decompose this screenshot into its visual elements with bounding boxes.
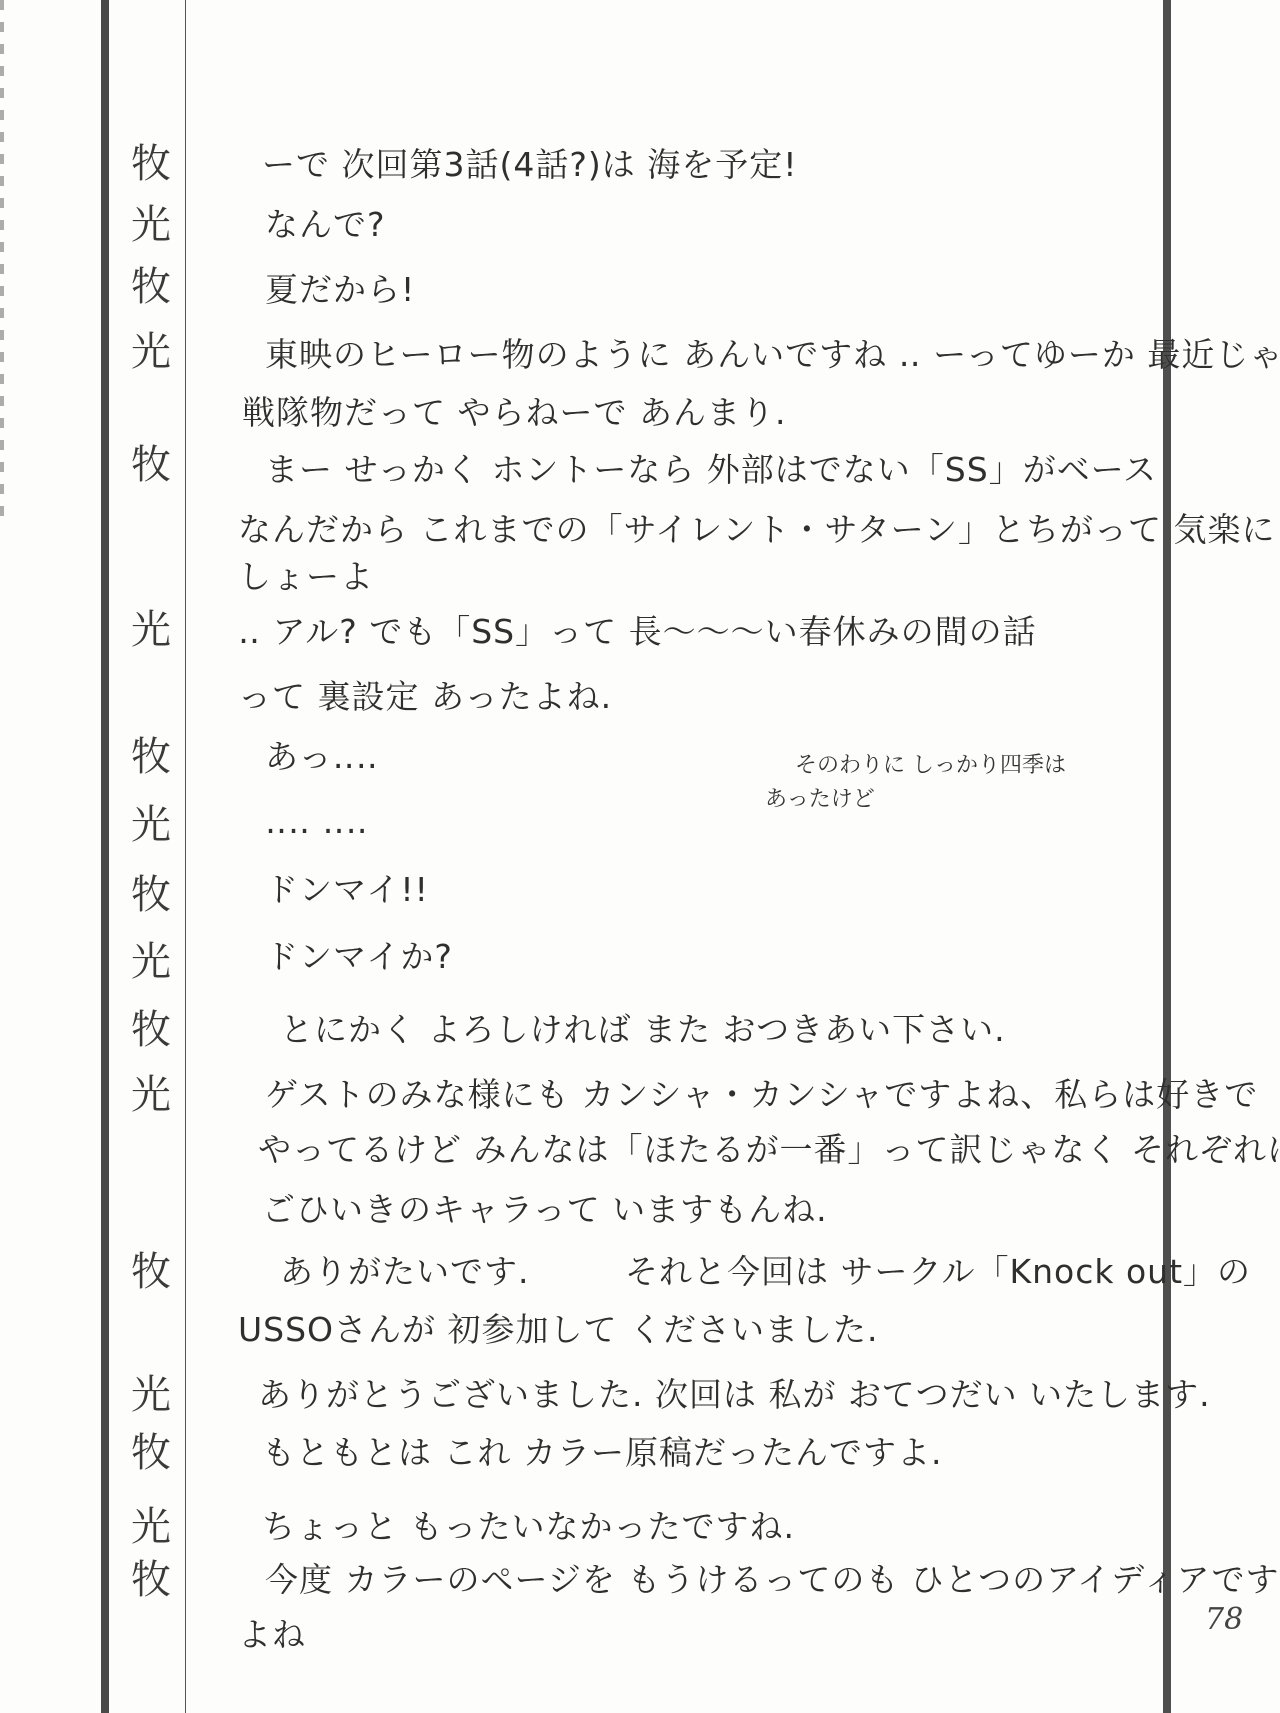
dialogue-line: ーで 次回第3話(4話?)は 海を予定! — [262, 143, 797, 187]
speaker-label: 牧 — [126, 1429, 176, 1477]
right-page-border — [1163, 0, 1171, 1713]
dialogue-line: なんで? — [265, 203, 386, 247]
dialogue-line: とにかく よろしければ また おつきあい下さい. — [280, 1008, 1006, 1052]
speaker-label: 光 — [126, 938, 176, 986]
dialogue-line: 今度 カラーのページを もうけるってのも ひとつのアイディアです — [265, 1558, 1280, 1602]
dialogue-line: それと今回は サークル「Knock out」の — [625, 1250, 1251, 1294]
dialogue-line: あっ‥‥ — [265, 735, 379, 779]
dialogue-line: ドンマイか? — [265, 935, 453, 979]
scan-edge-marks — [0, 0, 4, 520]
speaker-label: 牧 — [126, 140, 176, 188]
speaker-label: 光 — [126, 606, 176, 654]
dialogue-line: もともとは これ カラー原稿だったんですよ. — [262, 1431, 942, 1475]
page-number: 78 — [1205, 1602, 1243, 1637]
dialogue-line: ありがたいです. — [280, 1250, 530, 1294]
speaker-label: 光 — [126, 1371, 176, 1419]
dialogue-line: 戦隊物だって やらねーで あんまり. — [242, 391, 786, 435]
dialogue-line: 夏だから! — [265, 268, 415, 312]
dialogue-line: 東映のヒーロー物のように あんいですね ‥ ーってゆーか 最近じゃ — [265, 333, 1280, 377]
dialogue-line: って 裏設定 あったよね. — [238, 675, 612, 719]
dialogue-line: USSOさんが 初参加して くださいました. — [238, 1308, 879, 1352]
dialogue-line: ゲストのみな様にも カンシャ・カンシャですよね、私らは好きで — [265, 1073, 1258, 1117]
dialogue-line: よね — [238, 1613, 306, 1657]
speaker-label: 光 — [126, 328, 176, 376]
margin-note-line-1: そのわりに しっかり四季は — [795, 752, 1066, 780]
left-page-border — [101, 0, 109, 1713]
speaker-label: 牧 — [126, 1006, 176, 1054]
dialogue-line: ごひいきのキャラって いますもんね. — [262, 1188, 828, 1232]
speaker-label: 牧 — [126, 263, 176, 311]
speaker-label: 牧 — [126, 871, 176, 919]
dialogue-line: ありがとうございました. 次回は 私が おてつだい いたします. — [258, 1373, 1211, 1417]
dialogue-line: ‥ アル? でも「SS」って 長〜〜〜い春休みの間の話 — [238, 610, 1037, 654]
dialogue-line: ちょっと もったいなかったですね. — [262, 1505, 795, 1549]
speaker-label: 牧 — [126, 441, 176, 489]
dialogue-line: やってるけど みんなは「ほたるが一番」って訳じゃなく それぞれに — [258, 1128, 1280, 1172]
speaker-label: 牧 — [126, 1248, 176, 1296]
dialogue-line: まー せっかく ホントーなら 外部はでない「SS」がベース — [265, 448, 1157, 492]
dialogue-line: ドンマイ!! — [265, 868, 429, 912]
speaker-label: 光 — [126, 201, 176, 249]
speaker-label: 光 — [126, 801, 176, 849]
speaker-label: 光 — [126, 1071, 176, 1119]
dialogue-line: なんだから これまでの「サイレント・サターン」とちがって 気楽に いきま — [238, 508, 1280, 552]
speaker-label: 牧 — [126, 1556, 176, 1604]
margin-note-line-2: あったけど — [765, 786, 875, 814]
dialogue-line: しょーよ — [238, 555, 374, 599]
speaker-label: 牧 — [126, 733, 176, 781]
dialogue-line: ‥‥ ‥‥ — [265, 800, 369, 844]
speaker-column-divider — [185, 0, 186, 1713]
speaker-label: 光 — [126, 1503, 176, 1551]
